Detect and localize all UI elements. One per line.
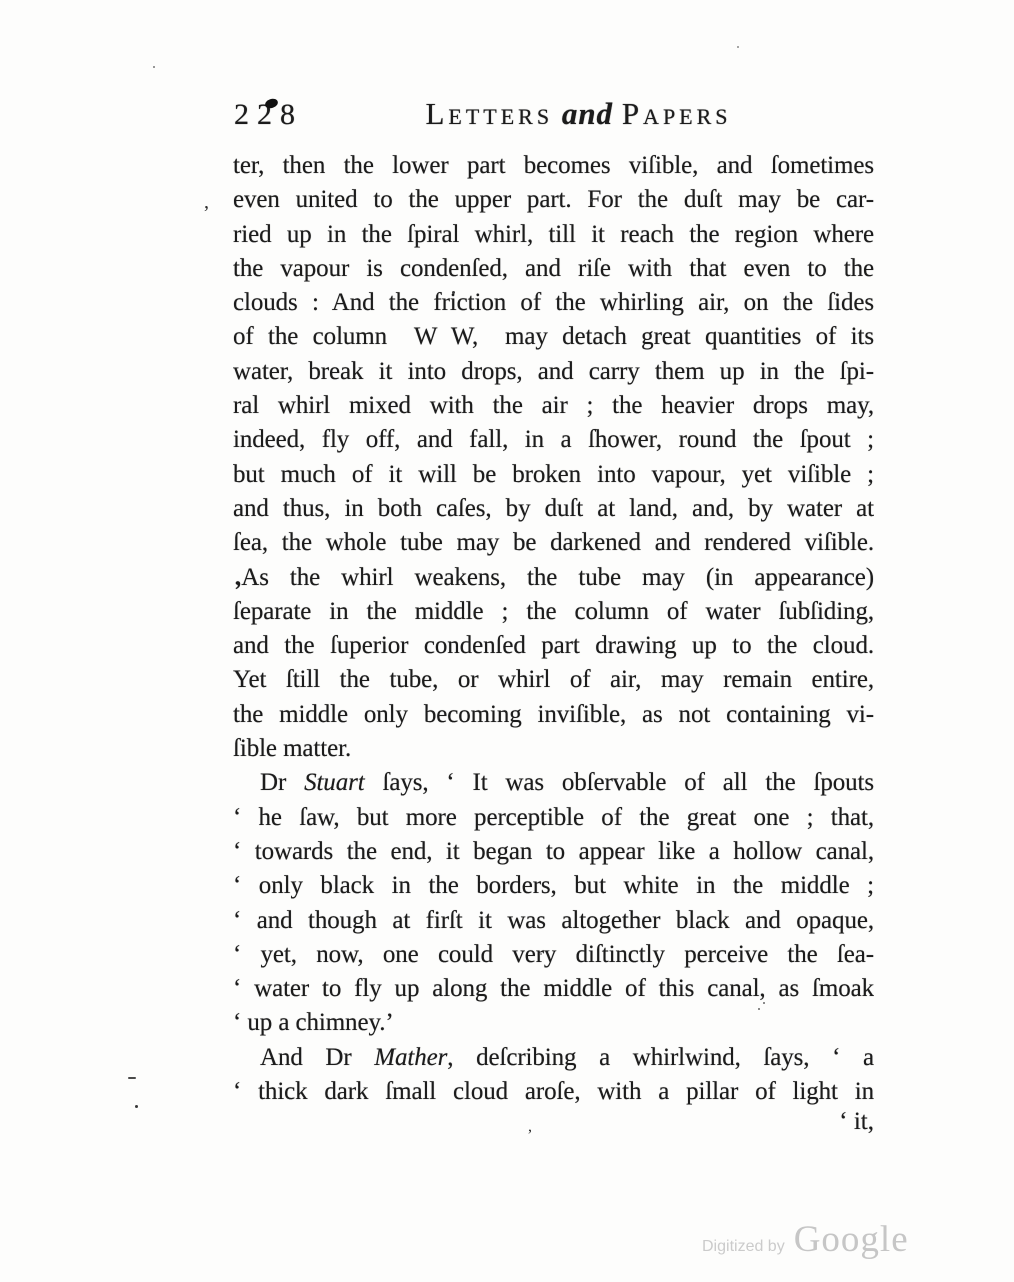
text-line: the middle only becoming inviſible, as n… xyxy=(233,698,874,732)
google-logo: Google xyxy=(794,1218,909,1261)
text-run: ſible matter. xyxy=(233,735,351,762)
text-run: , deſcribing a whirlwind, ſays, ‘ a xyxy=(447,1044,874,1071)
text-line: clouds : And the friction of the whirlin… xyxy=(233,286,874,320)
text-run: the vapour is condenſed, and riſe with t… xyxy=(233,255,874,282)
text-line: Yet ſtill the tube, or whirl of air, may… xyxy=(233,663,874,697)
scan-speck xyxy=(540,953,542,955)
text-run: ſays, ‘ It was obſervable of all the ſpo… xyxy=(365,769,874,796)
page-body: ter, then the lower part becomes viſible… xyxy=(233,149,874,1109)
scan-speck xyxy=(128,1077,136,1079)
text-line: the vapour is condenſed, and riſe with t… xyxy=(233,252,874,286)
catchword: ‘ it, xyxy=(233,1105,874,1139)
page-header-title: Letters and Papers xyxy=(233,96,874,132)
text-line: ‘ only black in the borders, but white i… xyxy=(233,869,874,903)
scan-speck xyxy=(153,66,155,68)
scan-speck xyxy=(737,46,739,48)
italic-text: and xyxy=(553,96,622,131)
text-line: ſible matter. xyxy=(233,732,874,766)
text-line: ter, then the lower part becomes viſible… xyxy=(233,149,874,183)
text-line: ‘ he ſaw, but more perceptible of the gr… xyxy=(233,801,874,835)
text-line: ‘ up a chimney.’ xyxy=(233,1006,874,1040)
scanned-book-page: 228 Letters and Papers ter, then the low… xyxy=(0,0,1014,1282)
text-run: but much of it will be broken into vapou… xyxy=(233,461,874,488)
text-run: ried up in the ſpiral whirl, till it rea… xyxy=(233,221,874,248)
scan-speck xyxy=(758,1008,760,1010)
text-run: even united to the upper part. For the d… xyxy=(233,186,874,213)
text-run: ‘ only black in the borders, but white i… xyxy=(233,872,874,899)
text-run: ‘ yet, now, one could very diſtinctly pe… xyxy=(233,941,874,968)
scan-speck xyxy=(763,1002,765,1004)
text-run: Papers xyxy=(622,96,732,131)
italic-text: Mather xyxy=(374,1044,447,1071)
text-run: Letters xyxy=(425,96,553,131)
text-run: of the column W W, may detach great quan… xyxy=(233,323,874,350)
text-line: ‚ As the whirl weakens, the tube may (in… xyxy=(233,561,874,595)
margin-apostrophe-mark: ’ xyxy=(203,202,210,225)
text-line: of the column W W, may detach great quan… xyxy=(233,320,874,354)
text-line: ſeparate in the middle ; the column of w… xyxy=(233,595,874,629)
digitization-watermark: Digitized by Google xyxy=(702,1218,909,1261)
scan-speck xyxy=(590,199,593,202)
text-line: and thus, in both caſes, by duſt at land… xyxy=(233,492,874,526)
text-run: the middle only becoming inviſible, as n… xyxy=(233,701,874,728)
scan-speck xyxy=(135,1105,138,1108)
text-line: ſea, the whole tube may be darkened and … xyxy=(233,526,874,560)
text-run: And Dr xyxy=(260,1044,374,1071)
text-run: Dr xyxy=(260,769,304,796)
text-line: water, break it into drops, and carry th… xyxy=(233,355,874,389)
text-run: ter, then the lower part becomes viſible… xyxy=(233,152,874,179)
text-line: Dr Stuart ſays, ‘ It was obſervable of a… xyxy=(233,766,874,800)
text-run: As the whirl weakens, the tube may (in a… xyxy=(241,564,874,591)
text-line: ‘ and though at firſt it was altogether … xyxy=(233,904,874,938)
italic-text: Stuart xyxy=(304,769,365,796)
text-line: ral whirl mixed with the air ; the heavi… xyxy=(233,389,874,423)
text-run: and the ſuperior condenſed part drawing … xyxy=(233,632,874,659)
text-line: ‘ water to fly up along the middle of th… xyxy=(233,972,874,1006)
text-run: ‘ towards the end, it began to appear li… xyxy=(233,838,874,865)
text-run: ‘ he ſaw, but more perceptible of the gr… xyxy=(233,804,874,831)
text-run: ral whirl mixed with the air ; the heavi… xyxy=(233,392,874,419)
text-run: indeed, fly off, and fall, in a ſhower, … xyxy=(233,426,874,453)
text-line: And Dr Mather, deſcribing a whirlwind, ſ… xyxy=(233,1041,874,1075)
text-line: even united to the upper part. For the d… xyxy=(233,183,874,217)
text-line: ‘ towards the end, it began to appear li… xyxy=(233,835,874,869)
text-line: ried up in the ſpiral whirl, till it rea… xyxy=(233,218,874,252)
text-line: ‘ yet, now, one could very diſtinctly pe… xyxy=(233,938,874,972)
text-run: ‘ and though at firſt it was altogether … xyxy=(233,907,874,934)
text-line: indeed, fly off, and fall, in a ſhower, … xyxy=(233,423,874,457)
text-run: ‘ thick dark ſmall cloud aroſe, with a p… xyxy=(233,1078,874,1105)
scan-speck xyxy=(452,291,455,294)
text-run: clouds : And the friction of the whirlin… xyxy=(233,289,874,316)
text-line: but much of it will be broken into vapou… xyxy=(233,458,874,492)
text-run: ‘ up a chimney.’ xyxy=(233,1009,394,1036)
text-run: and thus, in both caſes, by duſt at land… xyxy=(233,495,874,522)
text-run: ſea, the whole tube may be darkened and … xyxy=(233,529,874,556)
text-run: ‘ water to fly up along the middle of th… xyxy=(233,975,874,1002)
text-line: and the ſuperior condenſed part drawing … xyxy=(233,629,874,663)
text-run: water, break it into drops, and carry th… xyxy=(233,358,874,385)
text-run: ſeparate in the middle ; the column of w… xyxy=(233,598,874,625)
text-run: Yet ſtill the tube, or whirl of air, may… xyxy=(233,666,874,693)
stray-comma-speck: , xyxy=(528,1118,532,1136)
watermark-text: Digitized by xyxy=(702,1238,785,1256)
